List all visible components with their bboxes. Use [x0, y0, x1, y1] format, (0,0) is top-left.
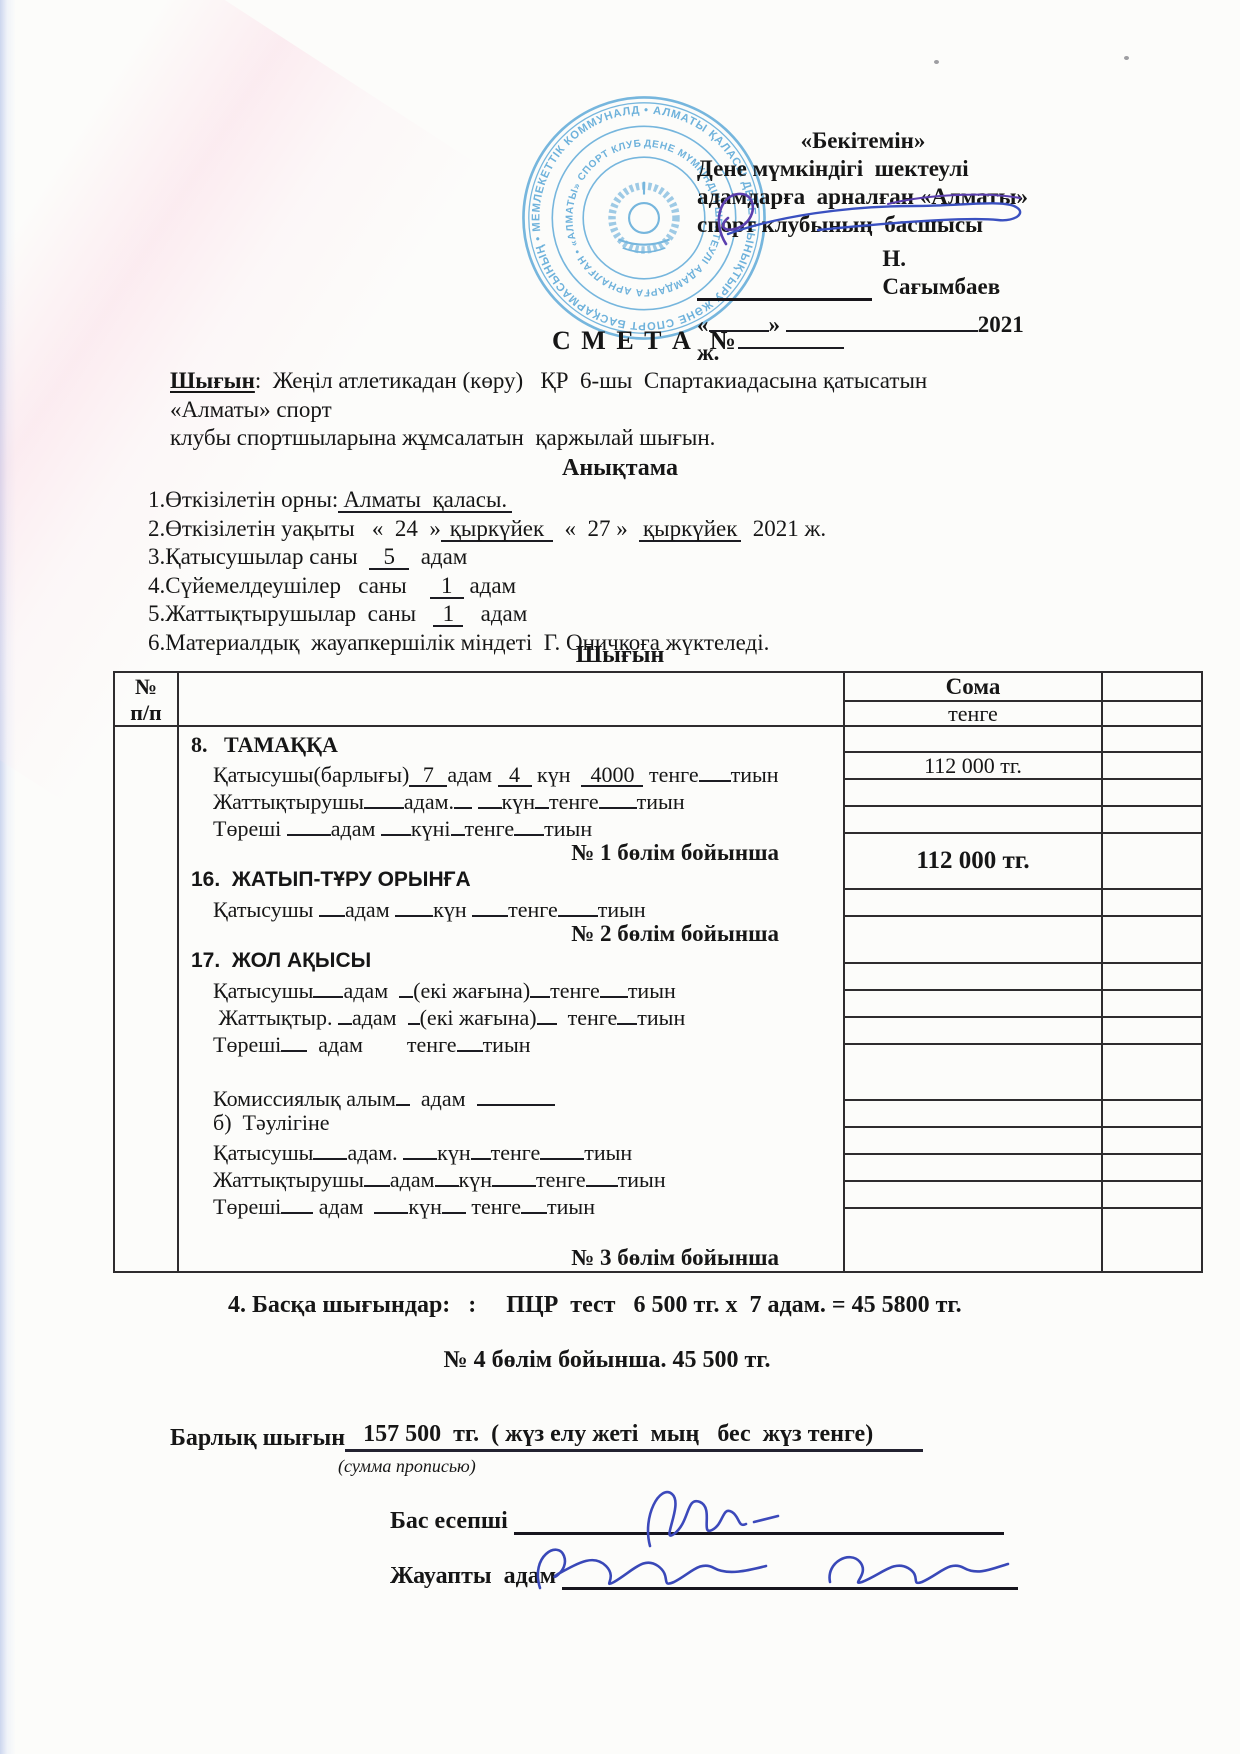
total-value: 157 500 тг. ( жүз елу жеті мың бес жүз т…: [345, 1421, 881, 1452]
currency-label: тенге: [845, 702, 1101, 725]
chief-accountant-signature-line: [514, 1506, 1004, 1535]
expense-line-referee: Төреші адам күнітенгетиын: [179, 812, 843, 839]
total-underline-tail: [881, 1425, 923, 1452]
expense-line-travel-coach: Жаттықтыр. адам (екі жағына) тенгетиын: [179, 1001, 843, 1028]
expense-line-perday-coach: Жаттықтырушыадамкүнтенгетиын: [179, 1163, 843, 1190]
expense-line-perday-header: б) Тәулігіне: [179, 1109, 843, 1136]
expense-line-perday-referee: Төреші адам күн тенгетиын: [179, 1190, 843, 1217]
approval-signature-line: [697, 274, 872, 301]
extra-cell: [1103, 727, 1201, 753]
column-header-extra: [1103, 673, 1201, 725]
section2-subtotal-label: № 2 бөлім бойынша: [179, 920, 843, 947]
intro-paragraph: Шығын: Жеңіл атлетикадан (көру) ҚР 6-шы …: [170, 367, 1032, 453]
extra-cell: [1103, 1155, 1201, 1182]
suma-cell: [845, 1182, 1101, 1209]
expense-table-heading: Шығын: [0, 642, 1240, 669]
table-header-row: № п/п Сома тенге: [115, 673, 1201, 727]
section4-total-line: № 4 бөлім бойынша. 45 500 тг.: [0, 1347, 1214, 1374]
suma-cell: [845, 727, 1101, 753]
extra-cell: [1103, 1045, 1201, 1101]
reference-item-dates: 2.Өткізілетін уақыты « 24 »қыркүйек « 27…: [148, 515, 826, 544]
amount-in-words-note: (сумма прописью): [338, 1456, 476, 1477]
expense-line-food-header: 8. ТАМАҚҚА: [179, 731, 843, 758]
suma-cell: [845, 807, 1101, 834]
suma-column: 112 000 тг. 112 000 тг.: [845, 727, 1103, 1271]
scan-speck: [934, 60, 939, 64]
approval-line-1: Дене мүмкіндігі шектеулі: [697, 155, 1029, 183]
expense-line-perday-participants: Қатысушыадам. күнтенгетиын: [179, 1136, 843, 1163]
suma-cell: [845, 964, 1101, 991]
extra-cell: [1103, 1182, 1201, 1209]
suma-cell: [845, 780, 1101, 807]
suma-cell: [845, 917, 1101, 964]
approval-director-name: Н. Сағымбаев: [882, 245, 1029, 301]
section1-total-value: 112 000 тг.: [845, 834, 1101, 890]
suma-cell: [845, 890, 1101, 917]
extra-cell: [1103, 917, 1201, 964]
scanned-document-page: • АЛМАТЫ ҚАЛАСЫ ДЕНЕ ШЫНЫҚТЫРУ ЖӘНЕ СПОР…: [0, 0, 1240, 1754]
extra-column: [1103, 727, 1201, 1271]
expense-line-travel-header: 17. ЖОЛ АҚЫСЫ: [179, 947, 843, 974]
suma-value-food: 112 000 тг.: [845, 753, 1101, 780]
reference-item-escorts: 4.Сүйемелдеушілер саны 1 адам: [148, 572, 826, 601]
suma-cell: [845, 1101, 1101, 1128]
description-column: 8. ТАМАҚҚА Қатысушы(барлығы)7адам 4 күн …: [179, 727, 845, 1271]
extra-cell: [1103, 753, 1201, 780]
reference-item-participants: 3.Қатысушылар саны 5 адам: [148, 543, 826, 572]
expense-line-travel-referee: Төреші адам тенгетиын: [179, 1028, 843, 1055]
reference-heading: Анықтама: [0, 455, 1240, 482]
total-expense-line: Барлық шығын 157 500 тг. ( жүз елу жеті …: [170, 1421, 923, 1452]
extra-cell: [1103, 1128, 1201, 1155]
extra-cell: [1103, 780, 1201, 807]
chief-accountant-row: Бас есепші: [390, 1506, 1004, 1535]
column-header-description: [179, 673, 845, 725]
expense-line-commission: Комиссиялық алым адам: [179, 1082, 843, 1109]
responsible-person-row: Жауапты адам: [390, 1561, 1018, 1590]
blank-line: [179, 1055, 843, 1082]
extra-cell: [1103, 1018, 1201, 1045]
extra-cell: [1103, 834, 1201, 890]
suma-cell: [845, 1155, 1101, 1182]
column-header-number: № п/п: [115, 673, 179, 725]
responsible-person-signature-line: [562, 1561, 1018, 1590]
column-header-suma: Сома тенге: [845, 673, 1103, 725]
reference-item-venue: 1.Өткізілетін орны:Алматы қаласы.: [148, 486, 826, 515]
expense-line-coach: Жаттықтырушыадам. күнтенгетиын: [179, 785, 843, 812]
expense-line-travel-participants: Қатысушыадам (екі жағына)тенгетиын: [179, 974, 843, 1001]
scan-speck: [1124, 56, 1129, 60]
extra-cell: [1103, 807, 1201, 834]
extra-cell: [1103, 1209, 1201, 1271]
other-expenses-line: 4. Басқа шығындар: : ПЦР тест 6 500 тг. …: [228, 1292, 962, 1319]
section3-subtotal-label: № 3 бөлім бойынша: [179, 1244, 843, 1271]
suma-cell: [845, 1128, 1101, 1155]
document-title: С М Е Т А №: [552, 321, 844, 356]
suma-label: Сома: [845, 673, 1101, 702]
suma-cell: [845, 1045, 1101, 1101]
expense-line-participants: Қатысушы(барлығы)7адам 4 күн 4000 тенгет…: [179, 758, 843, 785]
approval-line-3: спорт клубының басшысы: [697, 211, 1029, 239]
approval-title: «Бекітемін»: [697, 127, 1029, 155]
expense-line-lodging-header: 16. ЖАТЫП-ТҰРУ ОРЫНҒА: [179, 866, 843, 893]
reference-item-coaches: 5.Жаттықтырушылар саны 1 адам: [148, 600, 826, 629]
extra-cell: [1103, 964, 1201, 991]
suma-cell: [845, 1018, 1101, 1045]
expense-line-lodging: Қатысушы адам күн тенгетиын: [179, 893, 843, 920]
section1-subtotal-label: № 1 бөлім бойынша: [179, 839, 843, 866]
suma-cell: [845, 991, 1101, 1018]
total-label: Барлық шығын: [170, 1425, 345, 1452]
expense-table: № п/п Сома тенге 8. ТАМАҚҚА Қатысушы(бар…: [113, 671, 1203, 1273]
suma-cell: [845, 1209, 1101, 1271]
chief-accountant-label: Бас есепші: [390, 1508, 508, 1535]
blank-line: [179, 1217, 843, 1244]
approval-line-2: адамдарға арналған «Алматы»: [697, 183, 1029, 211]
extra-cell: [1103, 890, 1201, 917]
extra-cell: [1103, 1101, 1201, 1128]
extra-cell: [1103, 991, 1201, 1018]
number-column: [115, 727, 179, 1271]
responsible-person-label: Жауапты адам: [390, 1563, 556, 1590]
table-body: 8. ТАМАҚҚА Қатысушы(барлығы)7адам 4 күн …: [115, 727, 1201, 1271]
reference-list: 1.Өткізілетін орны:Алматы қаласы. 2.Өткі…: [148, 486, 826, 658]
